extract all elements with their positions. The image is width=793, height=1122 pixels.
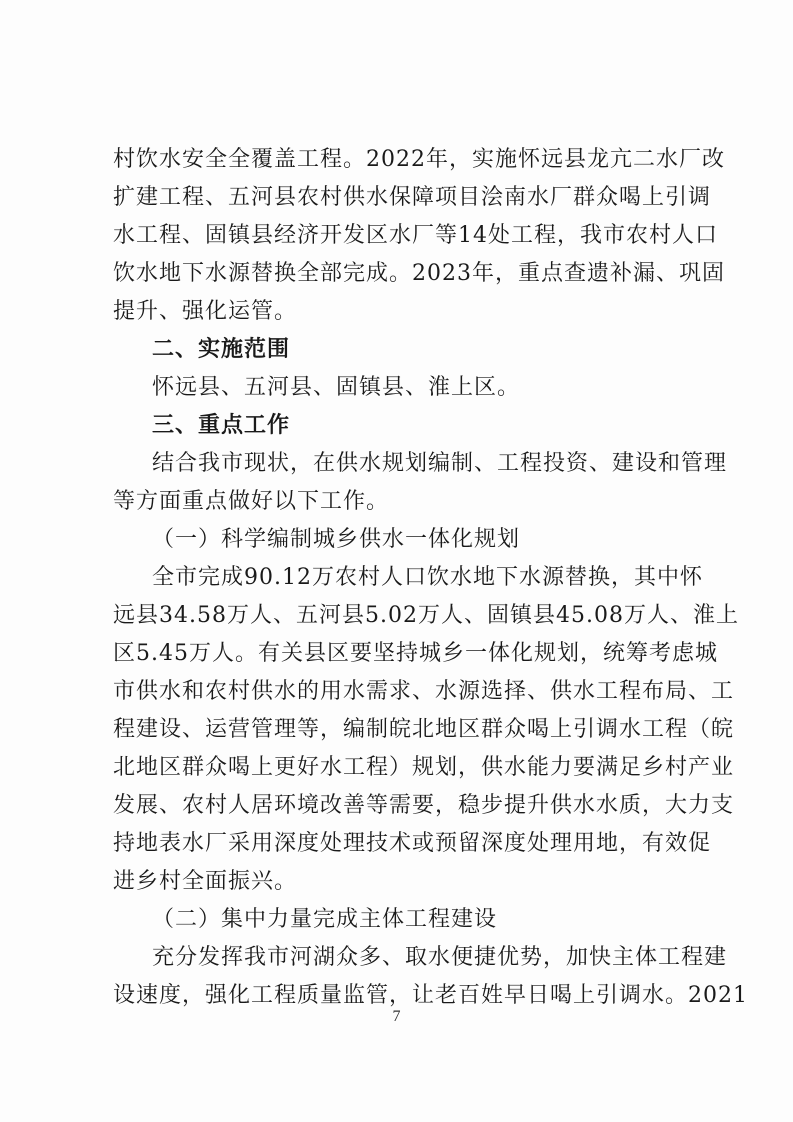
text-line: 怀远县、五河县、固镇县、淮上区。: [152, 373, 683, 403]
document-page: 村饮水安全全覆盖工程。2022年，实施怀远县龙亢二水厂改 扩建工程、五河县农村供…: [0, 0, 793, 1122]
page-number: 7: [0, 1008, 793, 1026]
text-line: 结合我市现状，在供水规划编制、工程投资、建设和管理: [152, 449, 683, 479]
text-line: 区5.45万人。有关县区要坚持城乡一体化规划，统筹考虑城: [113, 639, 683, 669]
text-line: 设速度，强化工程质量监管，让老百姓早日喝上引调水。2021: [113, 981, 683, 1011]
text-line: 扩建工程、五河县农村供水保障项目浍南水厂群众喝上引调: [113, 183, 683, 213]
text-line: 村饮水安全全覆盖工程。2022年，实施怀远县龙亢二水厂改: [113, 145, 683, 175]
section-heading-scope: 二、实施范围: [152, 335, 683, 365]
subsection-heading-construction: （二）集中力量完成主体工程建设: [152, 905, 683, 935]
text-line: 提升、强化运管。: [113, 297, 683, 327]
text-line: 北地区群众喝上更好水工程）规划，供水能力要满足乡村产业: [113, 753, 683, 783]
text-line: 远县34.58万人、五河县5.02万人、固镇县45.08万人、淮上: [113, 601, 683, 631]
text-line: 持地表水厂采用深度处理技术或预留深度处理用地，有效促: [113, 829, 683, 859]
text-line: 等方面重点做好以下工作。: [113, 487, 683, 517]
text-line: 进乡村全面振兴。: [113, 867, 683, 897]
text-line: 程建设、运营管理等，编制皖北地区群众喝上引调水工程（皖: [113, 715, 683, 745]
text-line: 饮水地下水源替换全部完成。2023年，重点查遗补漏、巩固: [113, 259, 683, 289]
section-heading-key-work: 三、重点工作: [152, 411, 683, 441]
text-line: 市供水和农村供水的用水需求、水源选择、供水工程布局、工: [113, 677, 683, 707]
subsection-heading-planning: （一）科学编制城乡供水一体化规划: [152, 525, 683, 555]
text-line: 发展、农村人居环境改善等需要，稳步提升供水水质，大力支: [113, 791, 683, 821]
text-line: 全市完成90.12万农村人口饮水地下水源替换，其中怀: [152, 563, 683, 593]
text-line: 水工程、固镇县经济开发区水厂等14处工程，我市农村人口: [113, 221, 683, 251]
text-line: 充分发挥我市河湖众多、取水便捷优势，加快主体工程建: [152, 943, 683, 973]
